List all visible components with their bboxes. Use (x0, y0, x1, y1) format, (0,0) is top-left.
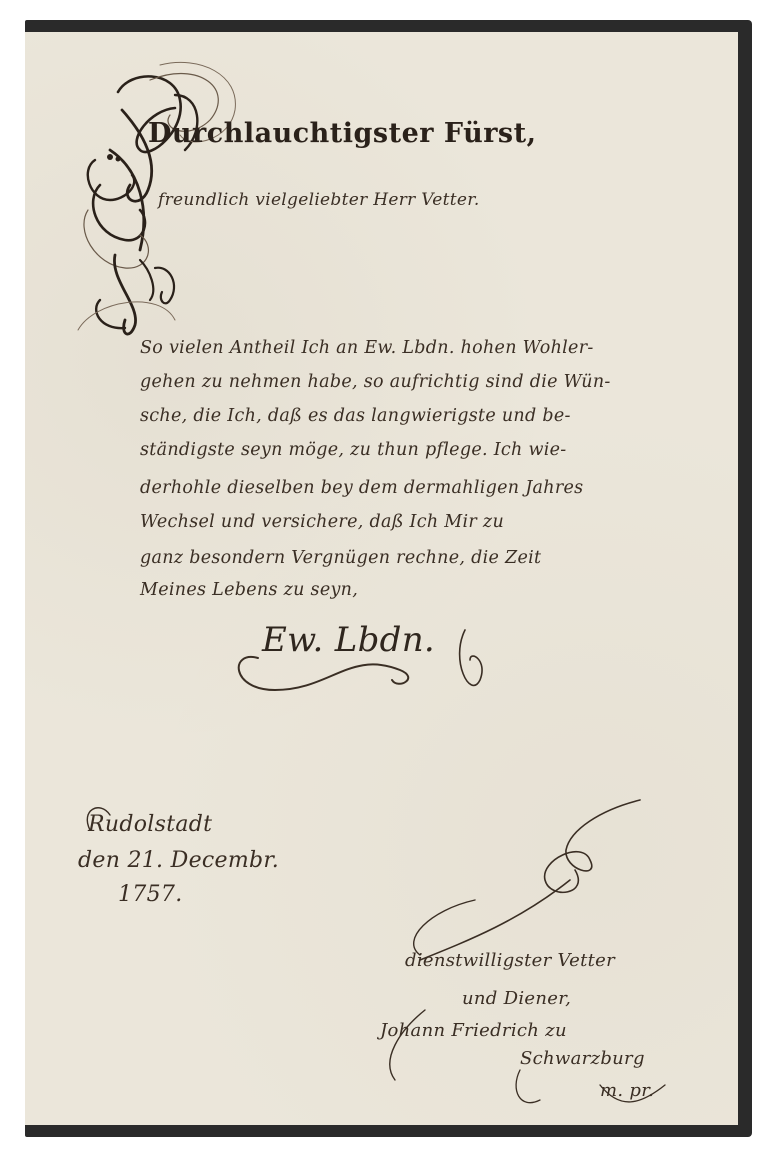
body-line: ganz besondern Vergnügen rechne, die Zei… (140, 548, 541, 568)
signature-line: und Diener, (462, 988, 571, 1009)
date: den 21. Decembr. (78, 848, 279, 873)
signature-line: Johann Friedrich zu (380, 1020, 567, 1041)
signature-line: m. pr. (600, 1080, 654, 1101)
body-line: Meines Lebens zu seyn, (140, 580, 358, 600)
signature-line: Schwarzburg (520, 1048, 645, 1069)
body-line: ständigste seyn möge, zu thun pflege. Ic… (140, 440, 567, 460)
place: Rudolstadt (88, 812, 212, 837)
body-line: So vielen Antheil Ich an Ew. Lbdn. hohen… (140, 338, 594, 358)
signature-line: dienstwilligster Vetter (405, 950, 615, 971)
body-line: sche, die Ich, daß es das langwierigste … (140, 406, 571, 426)
closing-address: Ew. Lbdn. (262, 620, 435, 660)
salutation-line-1: Durchlauchtigster Fürst, (148, 118, 537, 149)
year: 1757. (118, 882, 182, 907)
salutation-line-2: freundlich vielgeliebter Herr Vetter. (158, 190, 480, 210)
body-line: Wechsel und versichere, daß Ich Mir zu (140, 512, 504, 532)
body-line: gehen zu nehmen habe, so aufrichtig sind… (140, 372, 611, 392)
body-line: derhohle dieselben bey dem dermahligen J… (140, 478, 583, 498)
